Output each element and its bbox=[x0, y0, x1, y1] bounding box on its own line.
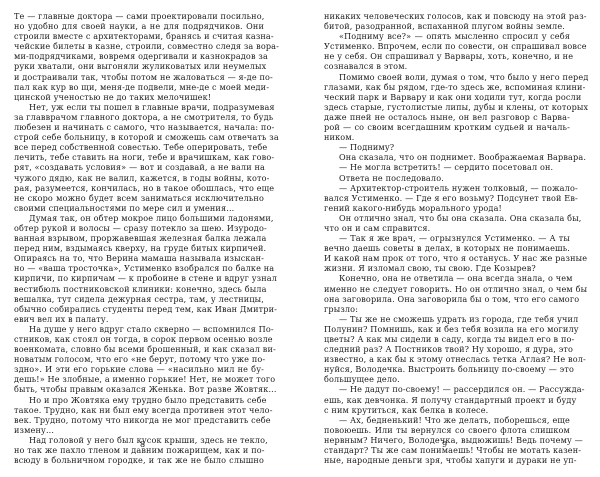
text-line: не скоро можно будет всем заниматься иск… bbox=[14, 193, 264, 203]
text-line: Полунин? Помнишь, как и без тебя возила … bbox=[324, 324, 570, 334]
text-line: — Подниму? bbox=[324, 142, 570, 152]
text-line: Она сказала, что он поднимет. Воображаем… bbox=[324, 152, 570, 162]
text-line: рой — со своим всегдашним кротким судьей… bbox=[324, 122, 570, 132]
text-line: Он отлично знал, что бы она сказала. Она… bbox=[324, 213, 570, 223]
text-line: дешь!» Не злобные, а именно горькие! Нет… bbox=[14, 374, 264, 384]
text-line: — Ты же не сможешь удрать из города, где… bbox=[324, 314, 570, 324]
text-line: ческий парк и Варвару и как они ходили т… bbox=[324, 92, 570, 102]
text-line: не у себя. Он спрашивал у Варвары, хоть,… bbox=[324, 51, 570, 61]
text-line: никаких человеческих голосов, как и повс… bbox=[324, 11, 570, 21]
text-line: обтер рукой и волосы — сразу потекло за … bbox=[14, 223, 264, 233]
text-line: «Подниму все?» — опять мысленно спросил … bbox=[324, 31, 570, 41]
text-line: век. Трудно, потому что никогда не мог п… bbox=[14, 415, 264, 425]
text-line: Над головой у него был кусок крыши, здес… bbox=[14, 435, 264, 445]
text-line: но так же пахло тленом и давним пожарище… bbox=[14, 445, 264, 455]
text-line: за главврачом главного доктора, а не смо… bbox=[14, 112, 264, 122]
right-page-text: никаких человеческих голосов, как и повс… bbox=[324, 11, 570, 465]
text-line: но — «ваша тросточка», Устименко взобрал… bbox=[14, 263, 264, 273]
text-line: именно не следует говорить. Но он отличн… bbox=[324, 284, 570, 294]
text-line: ешь, как девчонка. Я получу стандартный … bbox=[324, 395, 570, 405]
text-line: руки хватали, они выгоняли жуликоватых и… bbox=[14, 61, 264, 71]
text-line: рая, разумеется, кончилась, но в такое о… bbox=[14, 183, 264, 193]
text-line: Устименко. Впрочем, если по совести, он … bbox=[324, 41, 570, 51]
text-line: следний раз? А Постников твой? Ну хорошо… bbox=[324, 344, 570, 354]
text-line: — Ах, бедненький! Что же делать, побореш… bbox=[324, 415, 570, 425]
left-page: Те — главные доктора — сами проектировал… bbox=[0, 0, 300, 477]
text-line: гений какого-нибудь морального урода! bbox=[324, 203, 570, 213]
text-line: она заговорила. Она заговорила бы о том,… bbox=[324, 294, 570, 304]
text-line: большущее дело. bbox=[324, 374, 570, 384]
text-line: ми-подрядчиками, вовремя одергивали и ка… bbox=[14, 51, 264, 61]
text-line: И какой нам прок от того, что я останусь… bbox=[324, 253, 570, 263]
text-line: — Так я же врач, — огрызнулся Устименко.… bbox=[324, 233, 570, 243]
text-line: такое. Трудно, как ни был ему всегда про… bbox=[14, 405, 264, 415]
text-line: всюду в больничном городке, и так же не … bbox=[14, 455, 264, 465]
text-line: нуйся, Володечка. Выстроить больницу по-… bbox=[324, 364, 570, 374]
text-line: любезен и начинать с самого, что называе… bbox=[14, 122, 264, 132]
text-line: здесь старые, густолистые липы, дубы и к… bbox=[324, 102, 570, 112]
text-line: Но и про Жовтяка ему трудно было предста… bbox=[14, 395, 264, 405]
text-line: даже пней не осталось ныне, он вел разго… bbox=[324, 112, 570, 122]
text-line: Думая так, он обтер мокрое лицо большими… bbox=[14, 213, 264, 223]
text-line: ванная взрывом, проржавевшая железная ба… bbox=[14, 233, 264, 243]
text-line: лечить, тебе ставить на ноги, тебе и вра… bbox=[14, 152, 264, 162]
text-line: что он и сам справится. bbox=[324, 223, 570, 233]
text-line: чужого дядю, как не валил, кажется, в го… bbox=[14, 173, 264, 183]
text-line: глазами, как бы рядом, где-то здесь же, … bbox=[324, 82, 570, 92]
text-line: пал как кур во щи, меня-де подвели, мне-… bbox=[14, 82, 264, 92]
page-number-left: 8 bbox=[140, 440, 145, 449]
right-page: никаких человеческих голосов, как и повс… bbox=[300, 0, 600, 477]
text-line: вешалка, тут сидела дежурная сестра, там… bbox=[14, 294, 264, 304]
left-page-text: Те — главные доктора — сами проектировал… bbox=[14, 11, 264, 465]
text-line: Конечно, она не ответила — она всегда зн… bbox=[324, 273, 570, 283]
text-line: измену... bbox=[14, 425, 264, 435]
text-line: ником. bbox=[324, 132, 570, 142]
text-line: Опираясь на то, что Верина мамаша называ… bbox=[14, 253, 264, 263]
text-line: быть, чтобы правым оказался Женька. Вот … bbox=[14, 384, 264, 394]
text-line: здно». И эти его горькие слова — «насиль… bbox=[14, 364, 264, 374]
text-line: Помимо своей воли, думая о том, что было… bbox=[324, 72, 570, 82]
text-line: перед ним, вздымаясь кверху, на груде би… bbox=[14, 243, 264, 253]
text-line: — Не дадут по-своему! — рассердился он. … bbox=[324, 384, 570, 394]
text-line: обычно собирались студенты перед тем, ка… bbox=[14, 304, 264, 314]
text-line: битой, разодранной, вспаханной плугом во… bbox=[324, 21, 570, 31]
text-line: ные, народные деньги зря, чтобы хапуги и… bbox=[324, 455, 570, 465]
text-line: Ответа не последовало. bbox=[324, 173, 570, 183]
text-line: строй себе больницу, в которой и сможешь… bbox=[14, 132, 264, 142]
text-line: все перед собственной совестью. Тебе опе… bbox=[14, 142, 264, 152]
book-spread: Те — главные доктора — сами проектировал… bbox=[0, 0, 600, 477]
text-line: цветы? А как мы сидели в саду, когда ты … bbox=[324, 334, 570, 344]
text-line: рят, «создавать условия» — вот и создава… bbox=[14, 162, 264, 172]
text-line: цинской ученостью не до таких мелочишек! bbox=[14, 92, 264, 102]
text-line: Нет, уж если ты пошел в главные врачи, п… bbox=[14, 102, 264, 112]
text-line: чейские билеты в казне, строили, совмест… bbox=[14, 41, 264, 51]
text-line: кирпичи, по кирпичам — к пробоине в стен… bbox=[14, 273, 264, 283]
text-line: новатым голосом, что его «не берут, пото… bbox=[14, 354, 264, 364]
text-line: Те — главные доктора — сами проектировал… bbox=[14, 11, 264, 21]
text-line: — Не могла встретить! — сердито посетова… bbox=[324, 162, 570, 172]
text-line: известно, а как бы к этому отнеслась тет… bbox=[324, 354, 570, 364]
text-line: вался Устименко. — Где я его возьму? Под… bbox=[324, 193, 570, 203]
text-line: — Архитектор-строитель нужен толковый, —… bbox=[324, 183, 570, 193]
text-line: стников, как стоял он тогда, в сорок пер… bbox=[14, 334, 264, 344]
text-line: вестибюль постниковской клиники: конечно… bbox=[14, 284, 264, 294]
text-line: На душе у него вдруг стало скверно — всп… bbox=[14, 324, 264, 334]
text-line: грызло: bbox=[324, 304, 570, 314]
text-line: повоюешь. Или ты вернулся со своего флот… bbox=[324, 425, 570, 435]
page-number-right: 9 bbox=[442, 440, 447, 449]
text-line: военкомата, словно бы всеми брошенный, и… bbox=[14, 344, 264, 354]
text-line: и достраивали так, чтобы потом не жалова… bbox=[14, 72, 264, 82]
text-line: с ним крутиться, как белка в колесе. bbox=[324, 405, 570, 415]
text-line: сознавался в этом. bbox=[324, 61, 570, 71]
text-line: жизни. Я изломал свою, ты свою. Где Козы… bbox=[324, 263, 570, 273]
text-line: евич вел их в палату. bbox=[14, 314, 264, 324]
text-line: вечно даешь советы в делах, в которых не… bbox=[324, 243, 570, 253]
text-line: своими специальностями по мере сил и уме… bbox=[14, 203, 264, 213]
text-line: строили вместе с архитекторами, бранясь … bbox=[14, 31, 264, 41]
text-line: но удобно для своей науки, а не для подр… bbox=[14, 21, 264, 31]
